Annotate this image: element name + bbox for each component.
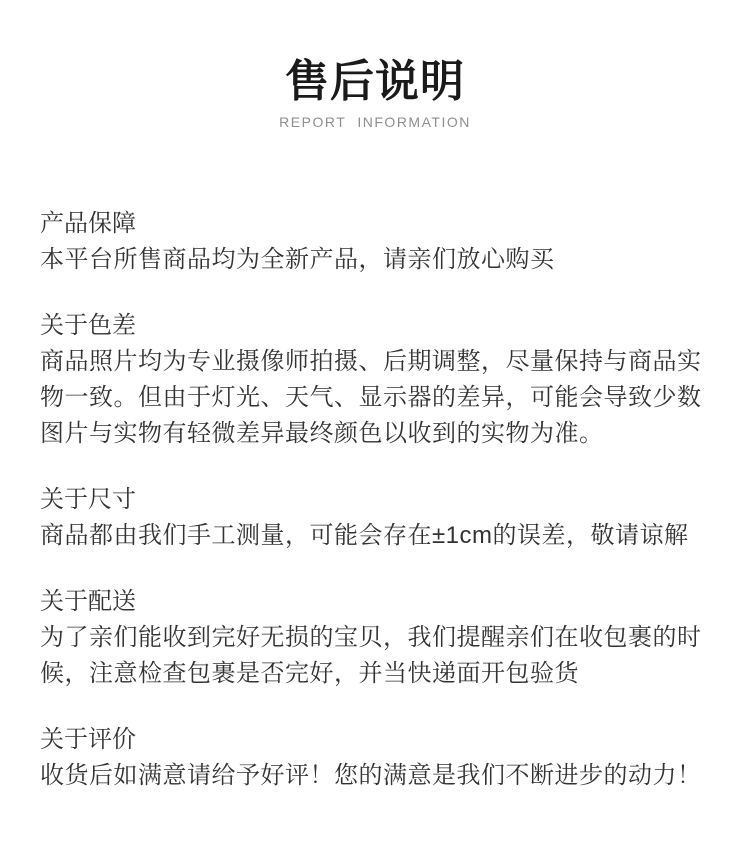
after-sales-page: 售后说明 REPORT INFORMATION 产品保障 本平台所售商品均为全新… bbox=[0, 0, 750, 848]
section-heading: 关于评价 bbox=[40, 722, 710, 758]
section-body: 商品照片均为专业摄像师拍摄、后期调整，尽量保持与商品实物一致。但由于灯光、天气、… bbox=[40, 344, 710, 452]
content: 产品保障 本平台所售商品均为全新产品，请亲们放心购买 关于色差 商品照片均为专业… bbox=[0, 206, 750, 794]
section-body: 收货后如满意请给予好评！您的满意是我们不断进步的动力！ bbox=[40, 758, 710, 794]
section-size: 关于尺寸 商品都由我们手工测量，可能会存在±1cm的误差，敬请谅解 bbox=[40, 482, 710, 554]
page-title: 售后说明 bbox=[0, 56, 750, 109]
section-heading: 产品保障 bbox=[40, 206, 710, 242]
page-header: 售后说明 REPORT INFORMATION bbox=[0, 0, 750, 132]
section-heading: 关于配送 bbox=[40, 584, 710, 620]
section-body: 商品都由我们手工测量，可能会存在±1cm的误差，敬请谅解 bbox=[40, 518, 710, 554]
page-subtitle: REPORT INFORMATION bbox=[0, 112, 750, 132]
section-review: 关于评价 收货后如满意请给予好评！您的满意是我们不断进步的动力！ bbox=[40, 722, 710, 794]
section-color-difference: 关于色差 商品照片均为专业摄像师拍摄、后期调整，尽量保持与商品实物一致。但由于灯… bbox=[40, 308, 710, 452]
section-heading: 关于尺寸 bbox=[40, 482, 710, 518]
section-product-guarantee: 产品保障 本平台所售商品均为全新产品，请亲们放心购买 bbox=[40, 206, 710, 278]
section-delivery: 关于配送 为了亲们能收到完好无损的宝贝，我们提醒亲们在收包裹的时候，注意检查包裹… bbox=[40, 584, 710, 692]
section-heading: 关于色差 bbox=[40, 308, 710, 344]
section-body: 为了亲们能收到完好无损的宝贝，我们提醒亲们在收包裹的时候，注意检查包裹是否完好，… bbox=[40, 620, 710, 692]
section-body: 本平台所售商品均为全新产品，请亲们放心购买 bbox=[40, 242, 710, 278]
